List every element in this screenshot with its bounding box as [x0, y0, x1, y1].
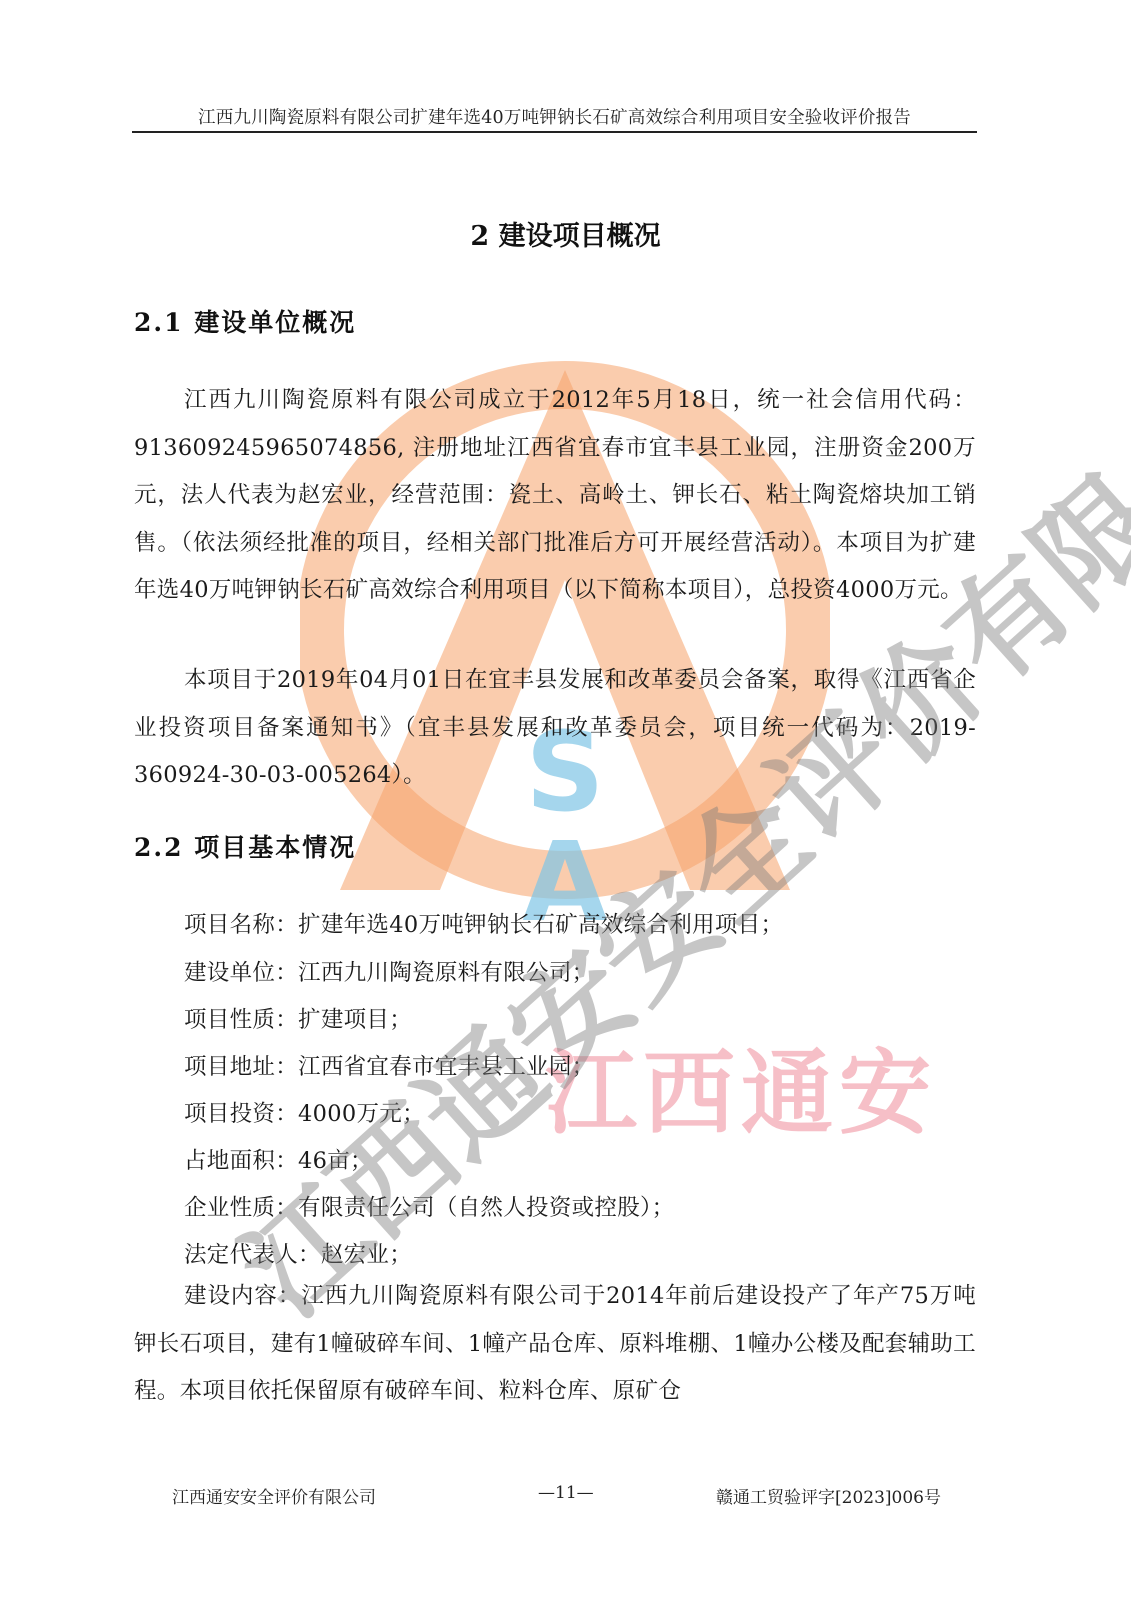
info-value: 江西省宜春市宜丰县工业园；	[298, 1054, 594, 1080]
section-title-2-1: 2.1 建设单位概况	[134, 303, 356, 339]
info-item: 企业性质：有限责任公司（自然人投资或控股）；	[184, 1190, 674, 1222]
info-value: 赵宏业；	[321, 1242, 412, 1268]
info-label: 项目性质：	[184, 1007, 298, 1033]
header-divider	[132, 131, 977, 133]
running-header: 江西九川陶瓷原料有限公司扩建年选40万吨钾钠长石矿高效综合利用项目安全验收评价报…	[132, 104, 977, 129]
info-label: 项目投资：	[184, 1101, 298, 1127]
info-value: 46亩；	[298, 1148, 373, 1174]
info-item: 项目名称：扩建年选40万吨钾钠长石矿高效综合利用项目；	[184, 907, 783, 939]
document-page: S A 江西通安 江西通安安全评价有限公司 江西九川陶瓷原料有限公司扩建年选40…	[0, 0, 1131, 1600]
footer-page-number: —11—	[538, 1483, 594, 1503]
info-item: 项目投资：4000万元；	[184, 1096, 425, 1128]
info-value: 扩建年选40万吨钾钠长石矿高效综合利用项目；	[298, 912, 783, 938]
info-label: 项目地址：	[184, 1054, 298, 1080]
chapter-title: 2 建设项目概况	[0, 214, 1131, 253]
section-title-2-2: 2.2 项目基本情况	[134, 828, 356, 864]
info-label: 法定代表人：	[184, 1242, 321, 1268]
info-label: 项目名称：	[184, 912, 298, 938]
info-value: 有限责任公司（自然人投资或控股）；	[298, 1195, 674, 1221]
info-item: 项目性质：扩建项目；	[184, 1002, 412, 1034]
info-value: 4000万元；	[298, 1101, 425, 1127]
footer-document-number: 赣通工贸验评字[2023]006号	[716, 1483, 941, 1508]
paragraph-construction-content: 建设内容：江西九川陶瓷原料有限公司于2014年前后建设投产了年产75万吨钾长石项…	[134, 1273, 976, 1416]
info-label: 占地面积：	[184, 1148, 298, 1174]
paragraph-project-filing: 本项目于2019年04月01日在宜丰县发展和改革委员会备案，取得《江西省企业投资…	[134, 657, 976, 800]
info-value: 江西九川陶瓷原料有限公司；	[298, 960, 594, 986]
info-item: 项目地址：江西省宜春市宜丰县工业园；	[184, 1049, 594, 1081]
info-label: 企业性质：	[184, 1195, 298, 1221]
footer-organization: 江西通安安全评价有限公司	[172, 1483, 376, 1508]
paragraph-company-overview: 江西九川陶瓷原料有限公司成立于2012年5月18日，统一社会信用代码：91360…	[134, 377, 976, 615]
info-label: 建设单位：	[184, 960, 298, 986]
info-item: 建设单位：江西九川陶瓷原料有限公司；	[184, 955, 594, 987]
info-item: 法定代表人：赵宏业；	[184, 1237, 412, 1269]
watermark-red-text: 江西通安	[545, 1020, 937, 1152]
info-value: 扩建项目；	[298, 1007, 412, 1033]
info-item: 占地面积：46亩；	[184, 1143, 373, 1175]
